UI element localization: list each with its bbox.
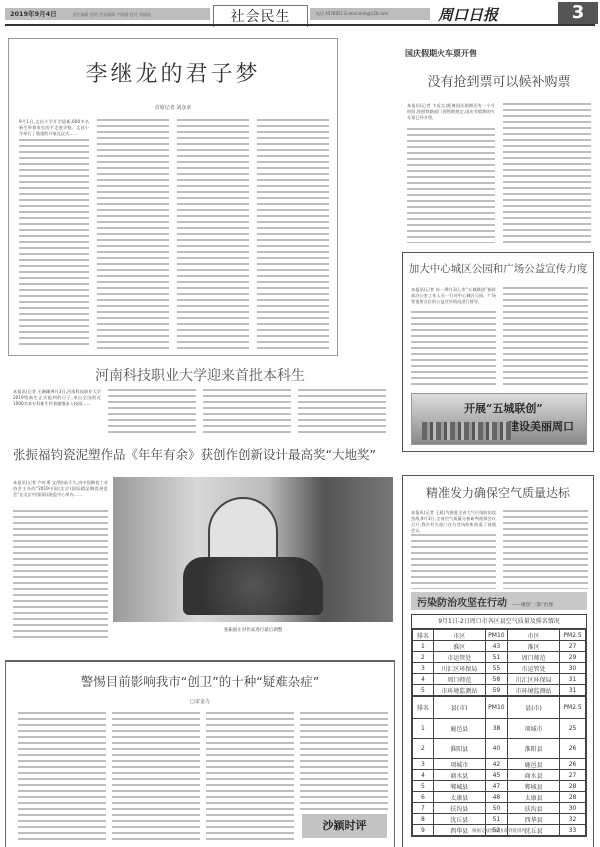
rail-col2 [503,103,591,243]
main-article: 李继龙的君子梦 首席记者 刘彦章 9月1日,文昌小学开学迎新,600多名新生带着… [8,38,338,356]
cell: 32 [560,814,586,825]
table-row: 2淮阳县40淮阳县26 [413,739,586,759]
cell: 5 [413,685,434,696]
cell: 26 [560,759,586,770]
newspaper-logo: 周口日报 [438,4,498,25]
rail-lead: 本报讯(记者 卞虎太)距离国庆假期还有一个月时间,按照铁路部门预售期规定,国庆节… [407,103,495,121]
cell: 27 [560,770,586,781]
col-district-2: 市区 [508,630,560,641]
cell: 40 [485,739,507,759]
table-header-row: 排名 县(市) PM10 县(市) PM2.5 [413,697,586,719]
table-row: 7扶沟县50扶沟县30 [413,803,586,814]
ceramic-article: 张振福钧瓷泥塑作品《年年有余》获创作创新设计最高奖“大地奖” 本报讯(记者 卢叶… [5,445,400,650]
air-col2 [503,510,588,589]
cell: 太康县 [433,792,485,803]
ceramic-lead: 本报讯(记者 卢叶勇 文/图)前不久,由中国陶瓷工业协会主办的“2019中国(北… [13,480,108,498]
col-pm25: PM2.5 [560,630,586,641]
cell: 1 [413,719,434,739]
cell: 58 [485,674,507,685]
district-table: 排名 市区 PM10 市区 PM2.5 1淮区43淮区27 2市运管处51周口师… [412,629,586,696]
table-row: 5市环境监测站59市环境监测站31 [413,685,586,696]
university-col3 [203,389,291,437]
cell: 川汇区环保局 [508,674,560,685]
main-article-byline: 首席记者 刘彦章 [9,104,337,111]
cell: 59 [485,685,507,696]
hygiene-col3 [206,712,294,842]
cell: 淮阳县 [433,739,485,759]
rail-kicker: 国庆假期火车票开售 [405,48,593,59]
park-title: 加大中心城区公园和广场公益宣传力度 [403,261,593,276]
cell: 2 [413,652,434,663]
table-row: 4周口师范58川汇区环保局31 [413,674,586,685]
cell: 4 [413,770,434,781]
table-row: 8沈丘县51西华县32 [413,814,586,825]
table-header-row: 排名 市区 PM10 市区 PM2.5 [413,630,586,641]
hygiene-col1 [18,712,106,842]
cell: 51 [485,652,507,663]
cell: 29 [560,652,586,663]
photo-sculpture [183,557,323,615]
cell: 扶沟县 [508,803,560,814]
cell: 48 [485,792,507,803]
air-table-title: 9月1日-2日周口市各区县空气质量及排名情况 [412,615,586,629]
cell: 项城市 [508,719,560,739]
cell: 沈丘县 [433,814,485,825]
main-article-col3 [177,119,249,349]
banner-line2: 建设美丽周口 [508,418,574,434]
cell: 西华县 [508,814,560,825]
cell: 2 [413,739,434,759]
city-skyline [422,422,512,440]
pollution-header: 污染防治攻坚在行动 ——聚焦“三散”治理 [411,592,587,610]
main-article-col4 [257,119,329,349]
cell: 鹿邑县 [433,719,485,739]
col-pm25: PM2.5 [560,697,586,719]
col-county: 县(市) [433,697,485,719]
university-article: 河南科技职业大学迎来首批本科生 本报讯(记者 王珊珊)9月3日,河南科技职业大学… [5,365,395,440]
col-district: 市区 [433,630,485,641]
cell: 50 [485,803,507,814]
main-article-col1 [19,139,89,349]
col-rank: 排名 [413,630,434,641]
column-tag: 沙颍时评 [302,814,387,838]
rail-title: 没有抢到票可以候补购票 [405,71,593,90]
cell: 42 [485,759,507,770]
cell: 3 [413,759,434,770]
table-source-note: 根据完成情况由高到低排列 [411,828,587,834]
cell: 26 [560,739,586,759]
air-lead: 本报讯(记者 王晨)为推进全省大气污染防治攻坚战,9月3日,全省空气质量分析研判… [411,510,496,534]
main-article-lead: 9月1日,文昌小学开学迎新,600多名新生带着家长的手走进学校。文昌小学举行了隆… [19,119,89,137]
park-article: 加大中心城区公园和广场公益宣传力度 本报讯(记者 孙一)9月3日,市“五城联创”… [402,252,594,452]
university-lead: 本报讯(记者 王珊珊)9月3日,河南科技职业大学2019级新生正式报到的日子,来… [13,389,101,407]
cell: 淮区 [508,641,560,652]
cell: 28 [560,781,586,792]
table-row: 1淮区43淮区27 [413,641,586,652]
table-row: 1鹿邑县38项城市25 [413,719,586,739]
page-number: 3 [558,2,598,24]
cell: 3 [413,663,434,674]
hygiene-article: 警惕目前影响我市“创卫”的十种“疑难杂症” □宋金力 沙颍时评 [5,660,395,847]
university-col2 [108,389,196,437]
table-row: 4商水县45商水县27 [413,770,586,781]
col-pm10: PM10 [485,630,507,641]
cell: 30 [560,803,586,814]
cell: 淮区 [433,641,485,652]
editors: 责任编辑 殷明 美术编辑 卢晓雅 校对 刘丽丽 [73,12,151,17]
cell: 8 [413,814,434,825]
pollution-header-sub: ——聚焦“三散”治理 [512,603,553,608]
masthead-contact: 电话 4578951 E-mail zkrb@126.com [310,8,430,20]
cell: 30 [560,663,586,674]
cell: 川汇区环保局 [433,663,485,674]
cell: 51 [485,814,507,825]
table-row: 2市运管处51周口师范29 [413,652,586,663]
cell: 周口师范 [433,674,485,685]
cell: 商水县 [433,770,485,781]
cell: 38 [485,719,507,739]
air-article: 精准发力确保空气质量达标 本报讯(记者 王晨)为推进全省大气污染防治攻坚战,9月… [402,475,594,847]
hygiene-col4 [300,712,388,812]
banner-line1: 开展“五城联创” [464,400,543,416]
cell: 太康县 [508,792,560,803]
cell: 45 [485,770,507,781]
photo-caption: 张振福正对作品进行最后调整 [113,627,393,633]
cell: 周口师范 [508,652,560,663]
park-lead: 本报讯(记者 孙一)9月3日,市“五城联创”指挥部办公室工作人员一行对中心城区公… [411,287,496,305]
table-row: 3川汇区环保局55市运管处30 [413,663,586,674]
cell: 47 [485,781,507,792]
cell: 4 [413,674,434,685]
table-row: 5郸城县47郸城县28 [413,781,586,792]
cell: 28 [560,792,586,803]
hygiene-byline: □宋金力 [6,698,394,705]
cell: 市环境监测站 [508,685,560,696]
masthead-rule [5,24,595,26]
cell: 市运管处 [508,663,560,674]
cell: 商水县 [508,770,560,781]
cell: 郸城县 [433,781,485,792]
university-col4 [298,389,386,437]
masthead-left-bar: 2019年9月4日 责任编辑 殷明 美术编辑 卢晓雅 校对 刘丽丽 [5,8,210,20]
cell: 市环境监测站 [433,685,485,696]
col-rank: 排名 [413,697,434,719]
cell: 项城市 [433,759,485,770]
air-title: 精准发力确保空气质量达标 [403,484,593,501]
cell: 郸城县 [508,781,560,792]
pollution-header-title: 污染防治攻坚在行动 [417,598,507,609]
col-pm10: PM10 [485,697,507,719]
ceramic-photo [113,477,393,622]
col-county-2: 县(市) [508,697,560,719]
cell: 6 [413,792,434,803]
ceramic-body [13,510,108,638]
air-quality-table-box: 9月1日-2日周口市各区县空气质量及排名情况 排名 市区 PM10 市区 PM2… [411,614,587,837]
main-article-col2 [97,119,169,349]
main-article-title: 李继龙的君子梦 [9,57,337,88]
cell: 27 [560,641,586,652]
park-col1 [411,311,496,389]
cell: 31 [560,685,586,696]
cell: 55 [485,663,507,674]
cell: 1 [413,641,434,652]
air-col1 [411,534,496,589]
table-row: 6太康县48太康县28 [413,792,586,803]
cell: 扶沟县 [433,803,485,814]
table-row: 3项城市42鹿邑县26 [413,759,586,770]
county-table: 排名 县(市) PM10 县(市) PM2.5 1鹿邑县38项城市25 2淮阳县… [412,696,586,836]
cell: 5 [413,781,434,792]
cell: 43 [485,641,507,652]
university-title: 河南科技职业大学迎来首批本科生 [5,365,395,385]
cell: 31 [560,674,586,685]
issue-date: 2019年9月4日 [10,10,57,18]
park-col2 [503,287,588,389]
cell: 鹿邑县 [508,759,560,770]
cell: 7 [413,803,434,814]
rail-article: 国庆假期火车票开售 没有抢到票可以候补购票 本报讯(记者 卞虎太)距离国庆假期还… [405,48,593,243]
ceramic-title: 张振福钧瓷泥塑作品《年年有余》获创作创新设计最高奖“大地奖” [5,445,400,463]
rail-col1 [407,128,495,243]
cell: 淮阳县 [508,739,560,759]
five-cities-banner: 开展“五城联创” 建设美丽周口 [411,393,587,445]
cell: 25 [560,719,586,739]
cell: 市运管处 [433,652,485,663]
hygiene-title: 警惕目前影响我市“创卫”的十种“疑难杂症” [6,672,394,690]
hygiene-col2 [112,712,200,842]
